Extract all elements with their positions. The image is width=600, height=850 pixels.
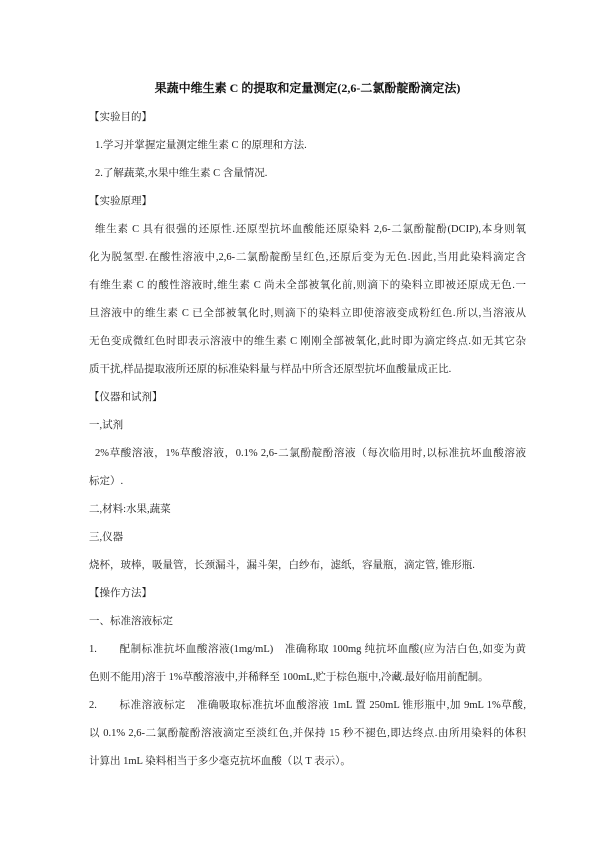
heading-experiment-principle: 【实验原理】 xyxy=(89,188,526,216)
materials-line: 二,材料:水果,蔬菜 xyxy=(89,496,526,524)
apparatus-list-line: 烧杯，玻棒，吸量管，长颈漏斗，漏斗架，白纱布，滤纸，容量瓶，滴定管, 锥形瓶. xyxy=(89,552,526,580)
principle-line-2: 化为脱氢型.在酸性溶液中,2,6-二氯酚靛酚呈红色,还原后变为无色.因此,当用此… xyxy=(89,244,526,272)
reagents-label-line: 一,试剂 xyxy=(89,412,526,440)
calibration-subheading-line: 一、标准溶液标定 xyxy=(89,608,526,636)
principle-line-3: 有维生素 C 的酸性溶液时,维生素 C 尚未全部被氧化前,则滴下的染料立即被还原… xyxy=(89,272,526,300)
step2-line-1: 2. 标准溶液标定 准确吸取标准抗坏血酸溶液 1mL 置 250mL 锥形瓶中,… xyxy=(89,692,526,720)
apparatus-label-line: 三,仪器 xyxy=(89,524,526,552)
principle-line-6: 质干扰,样品提取液所还原的标准染料量与样品中所含还原型抗坏血酸量成正比. xyxy=(89,356,526,384)
reagents-line-1: 2%草酸溶液，1%草酸溶液，0.1% 2,6-二氯酚靛酚溶液（每次临用时,以标准… xyxy=(89,440,526,468)
document-body: 果蔬中维生素 C 的提取和定量测定(2,6-二氯酚靛酚滴定法) 【实验目的】 1… xyxy=(89,73,526,776)
step1-line-2: 色则不能用)溶于 1%草酸溶液中,并稀释至 100mL,贮于棕色瓶中,冷藏.最好… xyxy=(89,664,526,692)
step2-line-2: 以 0.1% 2,6-二氯酚靛酚溶液滴定至淡红色,并保持 15 秒不褪色,即达终… xyxy=(89,720,526,748)
document-page: 果蔬中维生素 C 的提取和定量测定(2,6-二氯酚靛酚滴定法) 【实验目的】 1… xyxy=(0,0,600,850)
principle-line-1: 维生素 C 具有很强的还原性.还原型抗坏血酸能还原染料 2,6-二氯酚靛酚(DC… xyxy=(89,216,526,244)
principle-line-4: 旦溶液中的维生素 C 已全部被氧化时,则滴下的染料立即使溶液变成粉红色.所以,当… xyxy=(89,300,526,328)
step1-line-1: 1. 配制标准抗坏血酸溶液(1mg/mL) 准确称取 100mg 纯抗坏血酸(应… xyxy=(89,636,526,664)
reagents-line-2: 标定）. xyxy=(89,468,526,496)
heading-procedure: 【操作方法】 xyxy=(89,580,526,608)
doc-title: 果蔬中维生素 C 的提取和定量测定(2,6-二氯酚靛酚滴定法) xyxy=(89,73,526,104)
principle-line-5: 无色变成微红色时即表示溶液中的维生素 C 刚刚全部被氧化,此时即为滴定终点.如无… xyxy=(89,328,526,356)
purpose-line-1: 1.学习并掌握定量测定维生素 C 的原理和方法. xyxy=(89,132,526,160)
heading-experiment-purpose: 【实验目的】 xyxy=(89,104,526,132)
purpose-line-2: 2.了解蔬菜,水果中维生素 C 含量情况. xyxy=(89,160,526,188)
heading-apparatus-reagents: 【仪器和试剂】 xyxy=(89,384,526,412)
step2-line-3: 计算出 1mL 染料相当于多少毫克抗坏血酸（以 T 表示）。 xyxy=(89,748,526,776)
